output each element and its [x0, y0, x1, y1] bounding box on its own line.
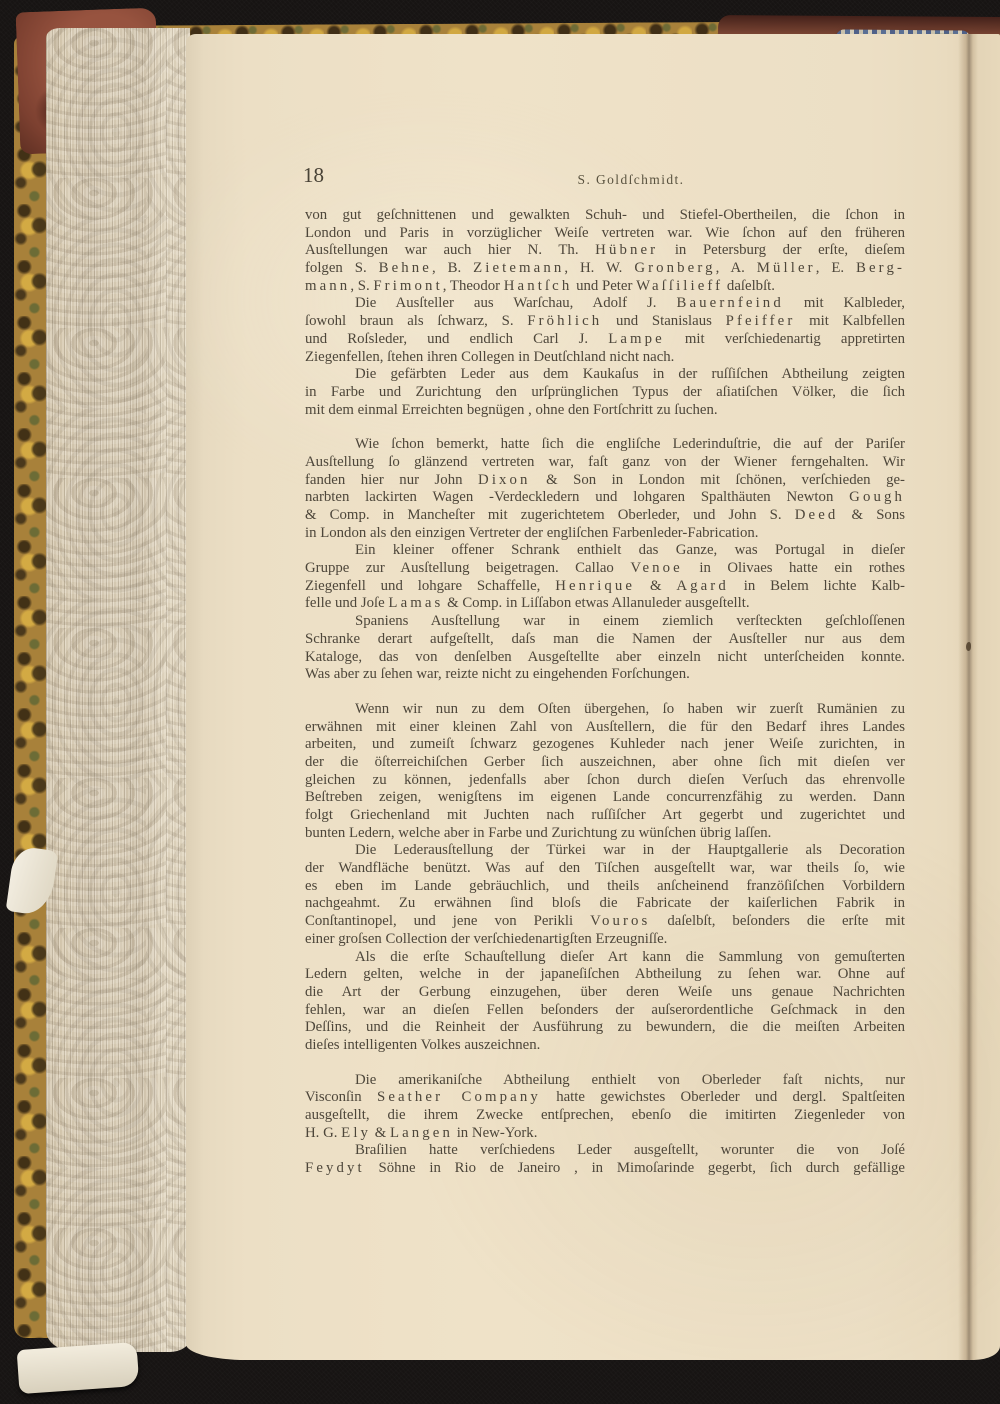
- letterspaced-name: Hantſch: [504, 278, 573, 294]
- text-line: Die Lederausſtellung der Türkei war in d…: [305, 842, 905, 860]
- text-line: Spaniens Ausſtellung war in einem ziemli…: [305, 613, 905, 631]
- text-run: der Wandfläche benützt. Was auf den Tiſc…: [305, 860, 905, 876]
- text-line: ſowohl braun als ſchwarz, S. Fröhlich un…: [305, 313, 905, 331]
- text-line: Die gefärbten Leder aus dem Kaukaſus in …: [305, 366, 905, 384]
- loose-paper-scrap-bottom: [17, 1342, 140, 1394]
- text-line: folgen S. Behne, B. Zietemann, H. W. Gro…: [305, 260, 905, 278]
- text-run: Ziegenfellen, ſtehen ihren Collegen in D…: [305, 349, 674, 365]
- page-gutter-shadow: [958, 34, 978, 1360]
- page-blemish: [966, 642, 971, 651]
- text-line: Ziegenfell und lohgare Schaffelle, Henri…: [305, 578, 905, 596]
- text-line: London und Paris in vorzüglicher Weiſe v…: [305, 225, 905, 243]
- text-line: Ausſtellungen war auch hier N. Th. Hübne…: [305, 242, 905, 260]
- text-run: in Petersburg der erſte, dieſem: [658, 242, 905, 258]
- page-text: von gut geſchnittenen und gewalkten Schu…: [305, 207, 905, 1178]
- text-run: Ausſtellung ſo glänzend vertreten war, f…: [305, 454, 905, 470]
- text-run: es eben im Lande gebräuchlich, und theil…: [305, 878, 905, 894]
- text-run: dieſes intelligenten Volkes auszeichnen.: [305, 1037, 540, 1053]
- paragraph: Wenn wir nun zu dem Oſten übergehen, ſo …: [305, 701, 905, 843]
- text-run: Die gefärbten Leder aus dem Kaukaſus in …: [355, 366, 905, 382]
- text-line: Beſtreben zeigen, wenigſtens im eigenen …: [305, 789, 905, 807]
- text-run: mit Kalbfellen: [795, 313, 905, 329]
- text-run: & Comp. in Liſſabon etwas Allanuleder au…: [443, 595, 749, 611]
- text-line: Die amerikaniſche Abtheilung enthielt vo…: [305, 1072, 905, 1090]
- text-run: & Son in London mit ſchönen, verſchieden…: [531, 472, 905, 488]
- letterspaced-name: Henrique: [555, 578, 635, 594]
- text-run: folgt Griechenland mit Juchten nach ruſſ…: [305, 807, 905, 823]
- text-run: einer groſsen Collection der verſchieden…: [305, 931, 667, 947]
- paragraph: Die Lederausſtellung der Türkei war in d…: [305, 842, 905, 948]
- text-run: Ledern gelten, welche in der japaneſiſch…: [305, 966, 905, 982]
- text-line: es eben im Lande gebräuchlich, und theil…: [305, 878, 905, 896]
- letterspaced-name: Hübner: [595, 242, 658, 258]
- text-run: &: [635, 578, 676, 594]
- paragraph: Die gefärbten Leder aus dem Kaukaſus in …: [305, 366, 905, 419]
- text-line: Was aber zu ſehen war, reizte nicht zu e…: [305, 666, 905, 684]
- page-number: 18: [303, 164, 324, 187]
- text-run: Was aber zu ſehen war, reizte nicht zu e…: [305, 666, 690, 682]
- text-run: in Olivaes hatte ein rothes: [683, 560, 905, 576]
- text-run: Schranke derart aufgeſtellt, daſs man di…: [305, 631, 905, 647]
- text-line: Schranke derart aufgeſtellt, daſs man di…: [305, 631, 905, 649]
- text-line: mit dem einmal Erreichten begnügen , ohn…: [305, 402, 905, 420]
- letterspaced-name: Gronberg: [634, 260, 715, 276]
- text-run: nachgeahmt. Zu erwähnen ſind bloſs die F…: [305, 895, 905, 911]
- text-line: in London als den einzigen Vertreter der…: [305, 525, 905, 543]
- text-line: einer groſsen Collection der verſchieden…: [305, 931, 905, 949]
- scanned-book-photo: 18 S. Goldſchmidt. von gut geſchnittenen…: [0, 0, 1000, 1404]
- text-run: Als die erſte Schauſtellung dieſer Art k…: [355, 949, 905, 965]
- text-run: erwähnen mit einer kleinen Zahl von Ausſ…: [305, 719, 905, 735]
- letterspaced-name: Seather Company: [377, 1089, 541, 1105]
- text-line: fehlen, war an dieſen Fellen beſonders d…: [305, 1002, 905, 1020]
- letterspaced-name: Waſſilieff: [636, 278, 723, 294]
- text-run: Die Ausſteller aus Warſchau, Adolf J.: [355, 295, 677, 311]
- text-run: fehlen, war an dieſen Fellen beſonders d…: [305, 1002, 905, 1018]
- text-run: ſowohl braun als ſchwarz, S.: [305, 313, 527, 329]
- paragraph: Ein kleiner offener Schrank enthielt das…: [305, 542, 905, 613]
- letterspaced-name: Deed: [795, 507, 839, 523]
- text-line: von gut geſchnittenen und gewalkten Schu…: [305, 207, 905, 225]
- text-line: Ein kleiner offener Schrank enthielt das…: [305, 542, 905, 560]
- text-run: , H. W.: [564, 260, 634, 276]
- text-run: Visconſin: [305, 1089, 377, 1105]
- paragraph: Braſilien hatte verſchiedens Leder ausge…: [305, 1142, 905, 1177]
- text-run: Deſſins, und die Reinheit der Ausführung…: [305, 1019, 905, 1035]
- letterspaced-name: Gough: [849, 489, 905, 505]
- text-run: Braſilien hatte verſchiedens Leder ausge…: [355, 1142, 905, 1158]
- paragraph: Als die erſte Schauſtellung dieſer Art k…: [305, 949, 905, 1055]
- text-line: der Wandfläche benützt. Was auf den Tiſc…: [305, 860, 905, 878]
- text-run: fanden hier nur John: [305, 472, 478, 488]
- letterspaced-name: Pfeiffer: [726, 313, 796, 329]
- letterspaced-name: Berg-: [856, 260, 905, 276]
- paragraph: Wie ſchon bemerkt, hatte ſich die engliſ…: [305, 436, 905, 542]
- paragraph: Spaniens Ausſtellung war in einem ziemli…: [305, 613, 905, 684]
- letterspaced-name: Behne: [379, 260, 432, 276]
- text-line: in Farbe und Zurichtung den urſprünglich…: [305, 384, 905, 402]
- letterspaced-name: Vouros: [590, 913, 650, 929]
- text-line: Conſtantinopel, und jene von Perikli Vou…: [305, 913, 905, 931]
- text-run: ausgeſtellt, die ihrem Zwecke entſpreche…: [305, 1107, 905, 1123]
- letterspaced-name: Zietemann: [473, 260, 564, 276]
- text-line: ausgeſtellt, die ihrem Zwecke entſpreche…: [305, 1107, 905, 1125]
- letterspaced-name: Ely: [341, 1125, 371, 1141]
- text-line: und Roſsleder, und endlich Carl J. Lampe…: [305, 331, 905, 349]
- letterspaced-name: Langen: [390, 1125, 453, 1141]
- letterspaced-name: Agard: [676, 578, 729, 594]
- book-page: 18 S. Goldſchmidt. von gut geſchnittenen…: [186, 34, 1000, 1360]
- text-run: Wenn wir nun zu dem Oſten übergehen, ſo …: [355, 701, 905, 717]
- text-run: & Sons: [838, 507, 905, 523]
- text-run: , A.: [716, 260, 757, 276]
- letterspaced-name: Feydyt: [305, 1160, 365, 1176]
- text-run: Die Lederausſtellung der Türkei war in d…: [355, 842, 905, 858]
- text-line: der die öſterreichiſchen Gerber ſich aus…: [305, 754, 905, 772]
- text-run: Kataloge, das von denſelben Ausgeſtellte…: [305, 649, 905, 665]
- text-run: arbeiten, und zumeiſt ſchwarz gezogenes …: [305, 736, 905, 752]
- text-run: mit dem einmal Erreichten begnügen , ohn…: [305, 402, 718, 418]
- text-run: &: [371, 1125, 390, 1141]
- text-line: mann, S. Frimont, Theodor Hantſch und Pe…: [305, 278, 905, 296]
- text-run: gleichen zu können, jedenfalls aber ſcho…: [305, 772, 905, 788]
- text-run: narbten lackirten Wagen -Verdeckledern u…: [305, 489, 849, 505]
- paragraph: von gut geſchnittenen und gewalkten Schu…: [305, 207, 905, 295]
- letterspaced-name: Dixon: [478, 472, 531, 488]
- text-line: Als die erſte Schauſtellung dieſer Art k…: [305, 949, 905, 967]
- text-line: erwähnen mit einer kleinen Zahl von Ausſ…: [305, 719, 905, 737]
- paragraph: Die amerikaniſche Abtheilung enthielt vo…: [305, 1072, 905, 1143]
- text-line: Braſilien hatte verſchiedens Leder ausge…: [305, 1142, 905, 1160]
- text-run: in New-York.: [453, 1125, 537, 1141]
- text-run: mit Kalbleder,: [784, 295, 905, 311]
- text-line: H. G. Ely & Langen in New-York.: [305, 1125, 905, 1143]
- text-line: Feydyt Söhne in Rio de Janeiro , in Mimo…: [305, 1160, 905, 1178]
- text-line: Die Ausſteller aus Warſchau, Adolf J. Ba…: [305, 295, 905, 313]
- text-line: nachgeahmt. Zu erwähnen ſind bloſs die F…: [305, 895, 905, 913]
- text-run: folgen S.: [305, 260, 379, 276]
- text-line: Wenn wir nun zu dem Oſten übergehen, ſo …: [305, 701, 905, 719]
- letterspaced-name: Lampe: [608, 331, 665, 347]
- text-run: in London als den einzigen Vertreter der…: [305, 525, 758, 541]
- text-line: Visconſin Seather Company hatte gewichst…: [305, 1089, 905, 1107]
- letterspaced-name: Lamas: [388, 595, 443, 611]
- text-run: und Roſsleder, und endlich Carl J.: [305, 331, 608, 347]
- text-run: die Art der Gerbung einzugehen, über der…: [305, 984, 905, 1000]
- text-line: dieſes intelligenten Volkes auszeichnen.: [305, 1037, 905, 1055]
- text-line: arbeiten, und zumeiſt ſchwarz gezogenes …: [305, 736, 905, 754]
- text-line: Kataloge, das von denſelben Ausgeſtellte…: [305, 649, 905, 667]
- text-line: Deſſins, und die Reinheit der Ausführung…: [305, 1019, 905, 1037]
- text-run: Ausſtellungen war auch hier N. Th.: [305, 242, 595, 258]
- text-run: Gruppe zur Ausſtellung beigetragen. Call…: [305, 560, 630, 576]
- text-run: H. G.: [305, 1125, 341, 1141]
- letterspaced-name: mann: [305, 278, 350, 294]
- text-line: narbten lackirten Wagen -Verdeckledern u…: [305, 489, 905, 507]
- text-run: Ein kleiner offener Schrank enthielt das…: [355, 542, 905, 558]
- text-line: Gruppe zur Ausſtellung beigetragen. Call…: [305, 560, 905, 578]
- text-run: Spaniens Ausſtellung war in einem ziemli…: [355, 613, 905, 629]
- text-run: daſelbſt.: [723, 278, 775, 294]
- text-run: Beſtreben zeigen, wenigſtens im eigenen …: [305, 789, 905, 805]
- text-run: und Peter: [572, 278, 636, 294]
- text-line: Ledern gelten, welche in der japaneſiſch…: [305, 966, 905, 984]
- text-run: Die amerikaniſche Abtheilung enthielt vo…: [355, 1072, 905, 1088]
- text-run: Conſtantinopel, und jene von Perikli: [305, 913, 590, 929]
- text-run: , S.: [350, 278, 373, 294]
- text-run: felle und Joſe: [305, 595, 388, 611]
- text-run: hatte gewichstes Oberleder und dergl. Sp…: [541, 1089, 905, 1105]
- text-run: , B.: [432, 260, 473, 276]
- letterspaced-name: Fröhlich: [527, 313, 602, 329]
- text-run: bunten Ledern, welche aber in Farbe und …: [305, 825, 771, 841]
- text-run: Wie ſchon bemerkt, hatte ſich die engliſ…: [355, 436, 905, 452]
- text-line: bunten Ledern, welche aber in Farbe und …: [305, 825, 905, 843]
- text-run: in Belem lichte Kalb-: [729, 578, 905, 594]
- text-line: folgt Griechenland mit Juchten nach ruſſ…: [305, 807, 905, 825]
- text-line: gleichen zu können, jedenfalls aber ſcho…: [305, 772, 905, 790]
- letterspaced-name: Venoe: [630, 560, 683, 576]
- text-line: Ausſtellung ſo glänzend vertreten war, f…: [305, 454, 905, 472]
- page-edges-stack: [46, 28, 190, 1352]
- text-line: & Comp. in Mancheſter mit zugerichtetem …: [305, 507, 905, 525]
- text-run: daſelbſt, beſonders die erſte mit: [650, 913, 905, 929]
- letterspaced-name: Müller: [757, 260, 816, 276]
- text-run: der die öſterreichiſchen Gerber ſich aus…: [305, 754, 905, 770]
- letterspaced-name: Frimont: [373, 278, 442, 294]
- text-line: felle und Joſe Lamas & Comp. in Liſſabon…: [305, 595, 905, 613]
- text-run: London und Paris in vorzüglicher Weiſe v…: [305, 225, 905, 241]
- text-run: in Farbe und Zurichtung den urſprünglich…: [305, 384, 905, 400]
- paragraph: Die Ausſteller aus Warſchau, Adolf J. Ba…: [305, 295, 905, 366]
- letterspaced-name: Bauernfeind: [677, 295, 784, 311]
- text-run: , E.: [816, 260, 856, 276]
- text-run: und Stanislaus: [602, 313, 725, 329]
- text-run: Söhne in Rio de Janeiro , in Mimoſarinde…: [365, 1160, 905, 1176]
- text-run: & Comp. in Mancheſter mit zugerichtetem …: [305, 507, 795, 523]
- text-run: mit verſchiedenartig appretirten: [665, 331, 905, 347]
- text-line: die Art der Gerbung einzugehen, über der…: [305, 984, 905, 1002]
- text-run: Ziegenfell und lohgare Schaffelle,: [305, 578, 555, 594]
- text-line: Ziegenfellen, ſtehen ihren Collegen in D…: [305, 349, 905, 367]
- text-run: , Theodor: [443, 278, 504, 294]
- text-line: fanden hier nur John Dixon & Son in Lond…: [305, 472, 905, 490]
- text-line: Wie ſchon bemerkt, hatte ſich die engliſ…: [305, 436, 905, 454]
- text-run: von gut geſchnittenen und gewalkten Schu…: [305, 207, 905, 223]
- running-header: S. Goldſchmidt.: [496, 172, 766, 188]
